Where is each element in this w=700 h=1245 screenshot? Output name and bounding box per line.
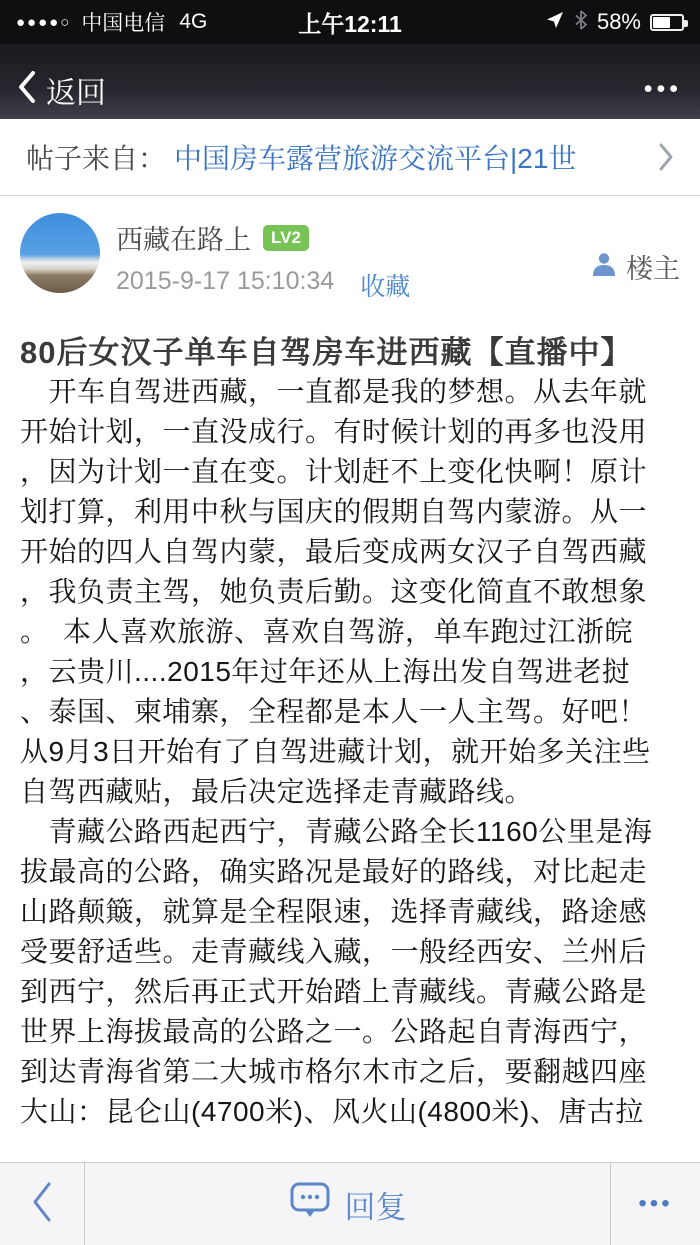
- level-badge: LV2: [263, 225, 309, 251]
- author-info: 西藏在路上 LV2 2015-9-17 15:10:34 收藏: [116, 213, 410, 303]
- source-forum-link[interactable]: 中国房车露营旅游交流平台|21世: [174, 137, 576, 177]
- carrier-label: 中国电信: [81, 7, 165, 37]
- post-paragraph: 青藏公路西起西宁，青藏公路全长1160公里是海 拔最高的公路，确实路况是最好的路…: [20, 812, 680, 1132]
- nav-more-button[interactable]: •••: [644, 75, 682, 104]
- app-screen: ●●●●○ 中国电信 4G 上午12:11 58%: [0, 0, 700, 1245]
- status-right: 58%: [545, 9, 684, 35]
- battery-icon: [650, 14, 684, 31]
- chevron-left-icon: [18, 70, 36, 109]
- bottom-toolbar: 回复 •••: [0, 1162, 700, 1245]
- more-dots-icon: •••: [638, 1190, 672, 1218]
- nav-bar: 返回 •••: [0, 44, 700, 119]
- bluetooth-icon: [574, 10, 588, 35]
- author-row: 西藏在路上 LV2 2015-9-17 15:10:34 收藏 楼主: [20, 213, 680, 303]
- post-paragraph: 开车自驾进西藏，一直都是我的梦想。从去年就 开始计划，一直没成行。有时候计划的再…: [20, 372, 680, 812]
- battery-percent-label: 58%: [597, 9, 641, 35]
- toolbar-back-button[interactable]: [0, 1163, 85, 1245]
- author-line-1: 西藏在路上 LV2: [116, 218, 410, 257]
- author-name[interactable]: 西藏在路上: [116, 218, 251, 257]
- avatar[interactable]: [20, 213, 100, 293]
- chevron-left-icon: [31, 1181, 53, 1228]
- post-title: 80后女汉子单车自驾房车进西藏【直播中】: [20, 327, 680, 372]
- op-badge: 楼主: [591, 213, 680, 303]
- status-left: ●●●●○ 中国电信 4G: [16, 7, 207, 37]
- location-arrow-icon: [545, 10, 565, 35]
- back-button-label: 返回: [46, 68, 106, 112]
- source-label: 帖子来自：: [26, 137, 166, 177]
- nav-inner: 返回 •••: [18, 68, 682, 112]
- battery-nub: [684, 20, 688, 27]
- battery-fill: [653, 17, 670, 28]
- favorite-button[interactable]: 收藏: [360, 267, 410, 303]
- post-body: 开车自驾进西藏，一直都是我的梦想。从去年就 开始计划，一直没成行。有时候计划的再…: [20, 372, 680, 1132]
- network-type-label: 4G: [179, 10, 207, 34]
- chevron-right-icon: [658, 142, 674, 172]
- toolbar-more-button[interactable]: •••: [610, 1163, 700, 1245]
- op-badge-label: 楼主: [626, 247, 680, 286]
- chat-bubble-icon: [289, 1181, 331, 1227]
- source-bar[interactable]: 帖子来自： 中国房车露营旅游交流平台|21世: [0, 119, 700, 196]
- signal-strength-icon: ●●●●○: [16, 14, 71, 31]
- clock-label: 上午12:11: [298, 6, 402, 39]
- post-timestamp: 2015-9-17 15:10:34: [116, 267, 334, 303]
- post-content: 西藏在路上 LV2 2015-9-17 15:10:34 收藏 楼主 80后女汉…: [0, 213, 700, 1132]
- author-line-2: 2015-9-17 15:10:34 收藏: [116, 267, 410, 303]
- person-icon: [591, 251, 617, 282]
- reply-button[interactable]: 回复: [85, 1163, 610, 1245]
- reply-button-label: 回复: [345, 1182, 407, 1227]
- back-button[interactable]: 返回: [18, 68, 106, 112]
- status-bar: ●●●●○ 中国电信 4G 上午12:11 58%: [0, 0, 700, 44]
